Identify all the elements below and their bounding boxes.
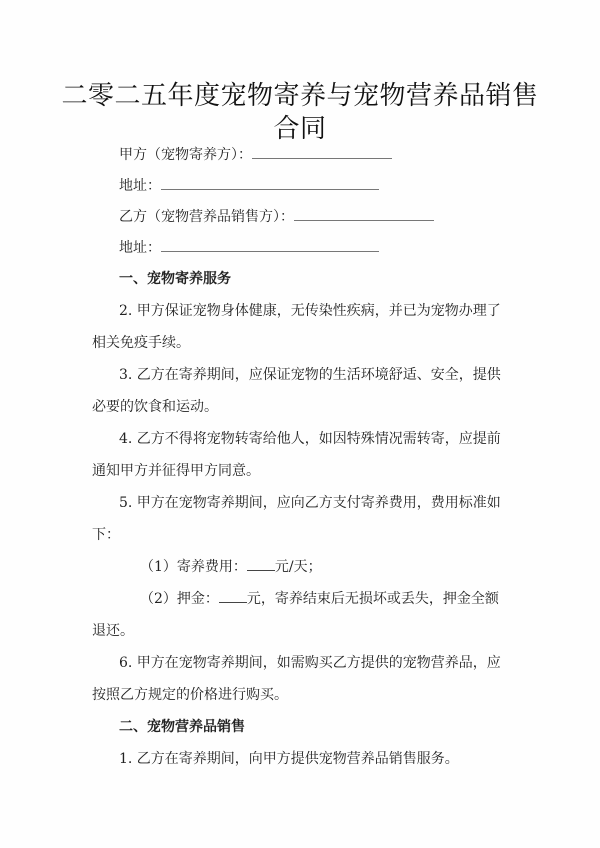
- fee-boarding-unit: 元/天；: [275, 559, 322, 575]
- fee-boarding-label: （1）寄养费用：: [140, 559, 247, 575]
- clause-6-line2: 按照乙方规定的价格进行购买。: [92, 684, 288, 704]
- fee-boarding-row: （1）寄养费用：元/天；: [140, 556, 322, 576]
- party-b-label: 乙方（宠物营养品销售方）：: [119, 209, 294, 225]
- clause-4-line2: 通知甲方并征得甲方同意。: [92, 460, 260, 480]
- party-a-blank[interactable]: [252, 146, 392, 159]
- clause-3-line1: 3. 乙方在寄养期间，应保证宠物的生活环境舒适、安全，提供: [119, 364, 501, 384]
- clause-3-line2: 必要的饮食和运动。: [92, 396, 218, 416]
- party-a-label: 甲方（宠物寄养方）：: [119, 147, 252, 163]
- party-a-address-label: 地址：: [119, 178, 161, 194]
- clause-4-line1: 4. 乙方不得将宠物转寄给他人，如因特殊情况需转寄，应提前: [119, 428, 501, 448]
- document-title-line1: 二零二五年度宠物寄养与宠物营养品销售: [0, 75, 600, 112]
- clause-2-line2: 相关免疫手续。: [92, 332, 190, 352]
- party-a-address-blank[interactable]: [161, 177, 379, 190]
- party-b-address-blank[interactable]: [161, 239, 379, 252]
- fee-deposit-row: （2）押金：元，寄养结束后无损坏或丢失，押金全额: [140, 588, 499, 608]
- party-b-blank[interactable]: [294, 208, 434, 221]
- document-page: 二零二五年度宠物寄养与宠物营养品销售 合同 甲方（宠物寄养方）： 地址： 乙方（…: [0, 0, 600, 848]
- clause-5-line1: 5. 甲方在宠物寄养期间，应向乙方支付寄养费用，费用标准如: [119, 492, 501, 512]
- clause-6-line1: 6. 甲方在宠物寄养期间，如需购买乙方提供的宠物营养品，应: [119, 652, 501, 672]
- party-b-row: 乙方（宠物营养品销售方）：: [119, 206, 434, 226]
- document-title-line2: 合同: [0, 108, 600, 145]
- party-b-address-label: 地址：: [119, 240, 161, 256]
- clause-5-line2: 下：: [92, 524, 120, 544]
- fee-deposit-blank[interactable]: [219, 590, 247, 603]
- party-a-row: 甲方（宠物寄养方）：: [119, 144, 392, 164]
- fee-deposit-label: （2）押金：: [140, 591, 219, 607]
- party-b-address-row: 地址：: [119, 237, 379, 257]
- section-1-heading: 一、宠物寄养服务: [119, 268, 231, 288]
- section-2-clause-1: 1. 乙方在寄养期间，向甲方提供宠物营养品销售服务。: [119, 748, 459, 768]
- fee-deposit-text: 元，寄养结束后无损坏或丢失，押金全额: [247, 591, 499, 607]
- fee-deposit-line2: 退还。: [92, 620, 134, 640]
- clause-2-line1: 2. 甲方保证宠物身体健康，无传染性疾病，并已为宠物办理了: [119, 300, 501, 320]
- party-a-address-row: 地址：: [119, 175, 379, 195]
- fee-boarding-blank[interactable]: [247, 558, 275, 571]
- section-2-heading: 二、宠物营养品销售: [119, 716, 245, 736]
